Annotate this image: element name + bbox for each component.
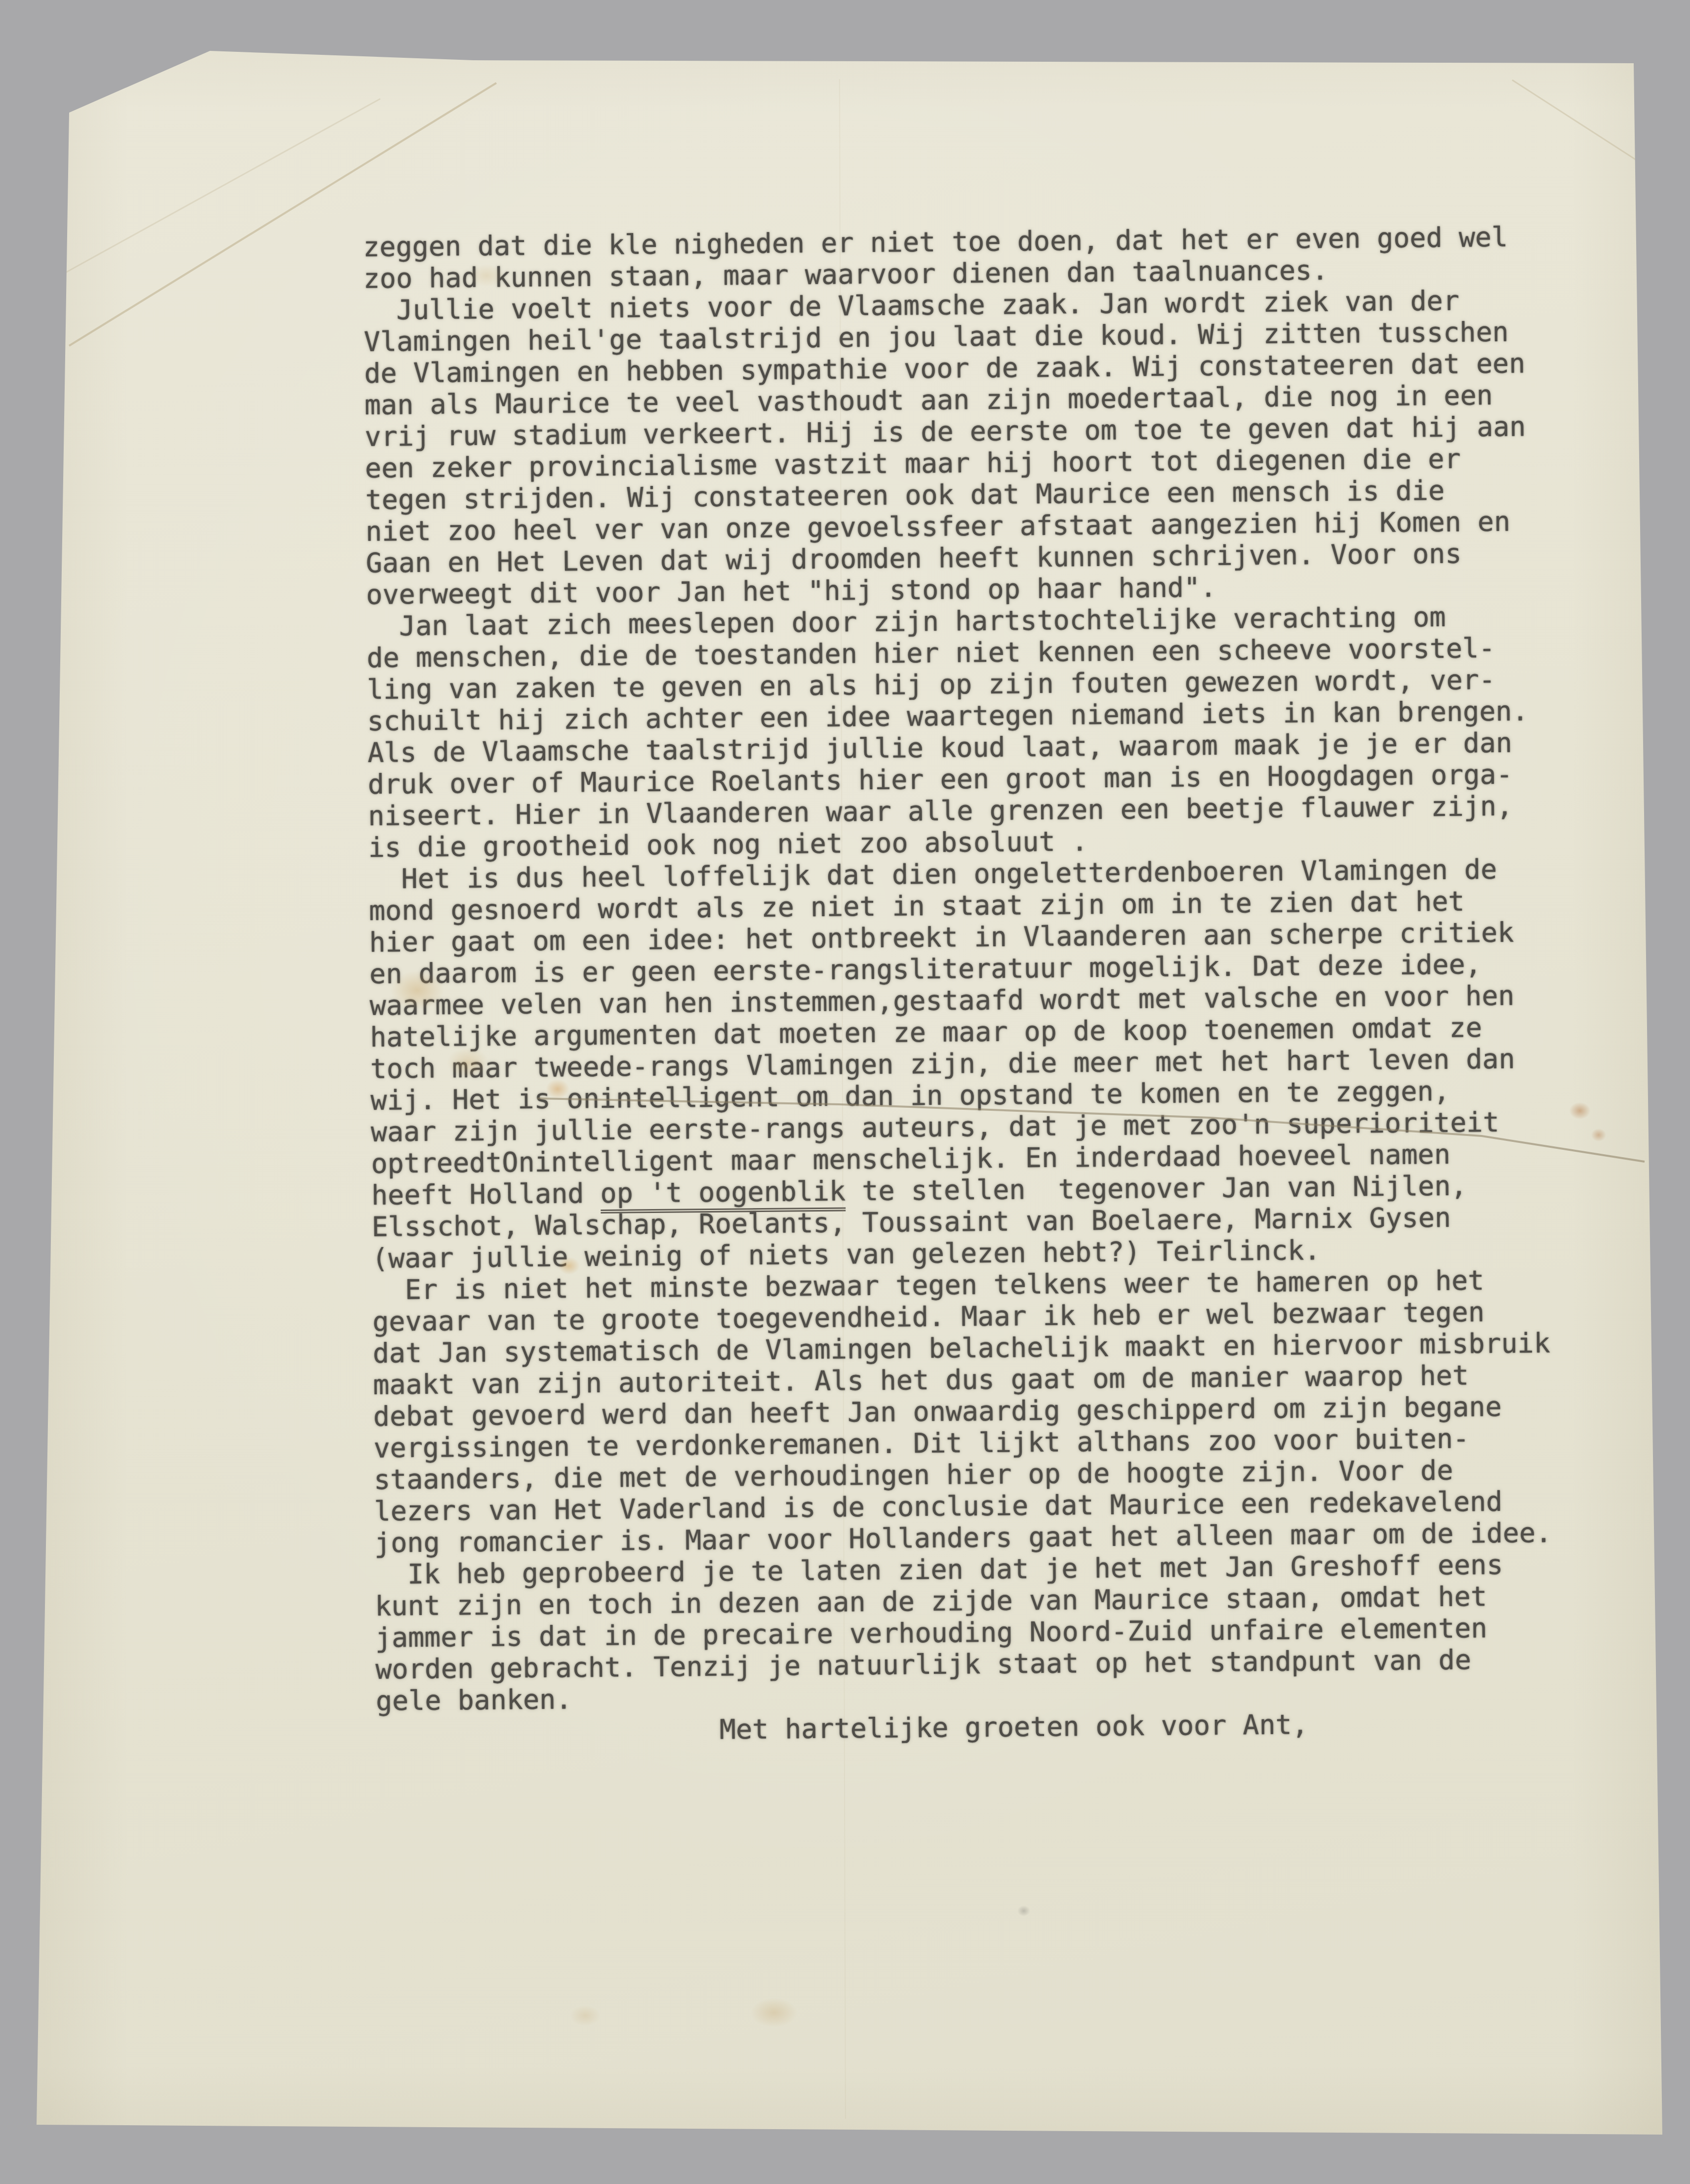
scan-background: zeggen dat die kle nigheden er niet toe … <box>0 0 1690 2184</box>
stain-spot <box>570 2005 600 2026</box>
stain-spot <box>1017 1905 1030 1916</box>
stain-spot <box>751 1998 798 2027</box>
corner-fold-crease <box>58 99 380 277</box>
letter-paper: zeggen dat die kle nigheden er niet toe … <box>0 0 1690 2184</box>
letter-body: zeggen dat die kle nigheden er niet toe … <box>363 220 1641 1748</box>
corner-fold-crease <box>1512 80 1647 167</box>
